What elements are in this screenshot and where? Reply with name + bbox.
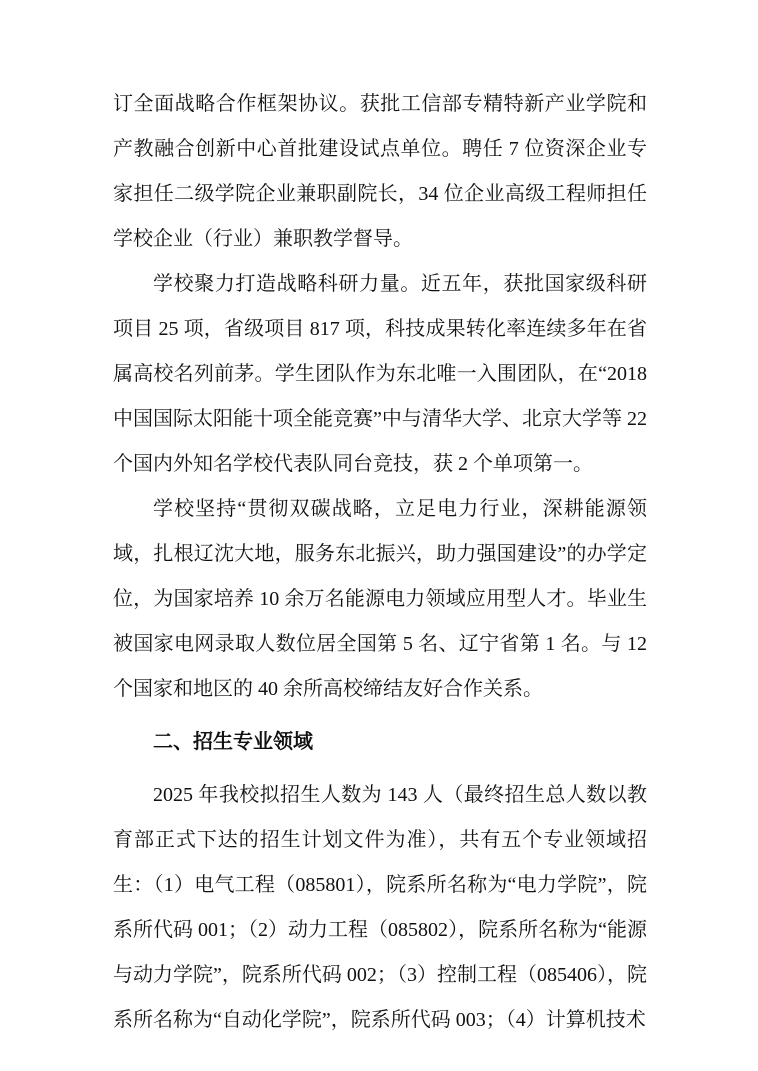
paragraph-school-enterprise-cooperation: 订全面战略合作框架协议。获批工信部专精特新产业学院和产教融合创新中心首批建设试点… <box>113 82 647 262</box>
section-heading-enrollment-fields: 二、招生专业领域 <box>113 720 647 765</box>
paragraph-school-positioning: 学校坚持“贯彻双碳战略，立足电力行业，深耕能源领域，扎根辽沈大地，服务东北振兴，… <box>113 487 647 712</box>
paragraph-enrollment-plan: 2025 年我校拟招生人数为 143 人（最终招生总人数以教育部正式下达的招生计… <box>113 773 647 1043</box>
paragraph-research-strength: 学校聚力打造战略科研力量。近五年，获批国家级科研项目 25 项，省级项目 817… <box>113 262 647 487</box>
document-page: 订全面战略合作框架协议。获批工信部专精特新产业学院和产教融合创新中心首批建设试点… <box>0 0 758 1071</box>
